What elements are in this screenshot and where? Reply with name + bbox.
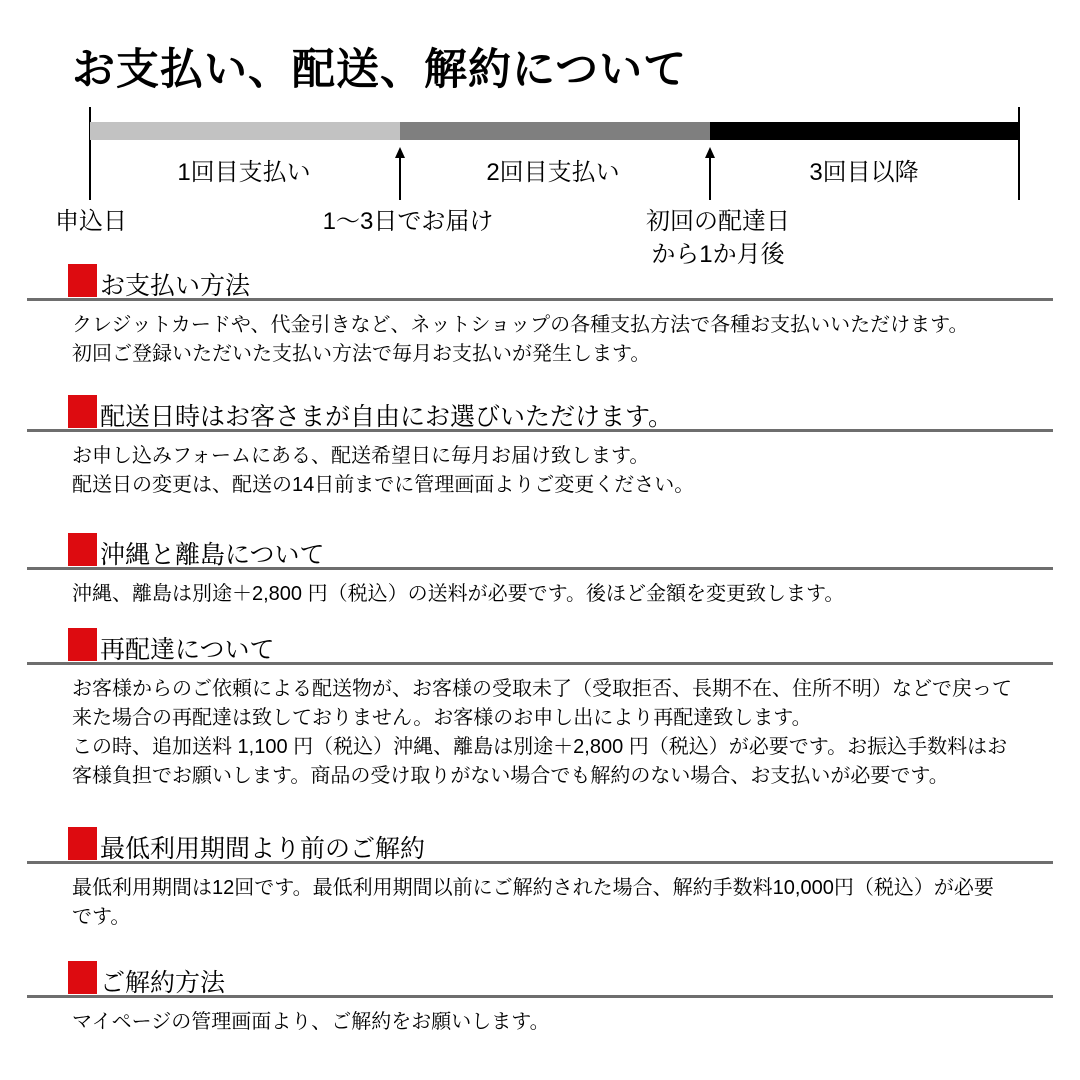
section-how-to-cancel: ご解約方法 マイページの管理画面より、ご解約をお願いします。 <box>0 961 1080 1037</box>
section-delivery-date-choice: 配送日時はお客さまが自由にお選びいただけます。 お申し込みフォームにある、配送希… <box>0 395 1080 500</box>
timeline-segment-3-label: 3回目以降 <box>809 152 918 187</box>
section-header: お支払い方法 <box>0 264 1080 298</box>
milestone-application-date: 申込日 <box>55 205 127 238</box>
up-arrow-icon <box>394 147 406 200</box>
section-body: マイページの管理画面より、ご解約をお願いします。 <box>72 1008 1060 1037</box>
red-square-bullet-icon <box>68 827 97 860</box>
section-header: 再配達について <box>0 628 1080 662</box>
section-title: お支払い方法 <box>100 266 250 302</box>
timeline-segment-1-label: 1回目支払い <box>177 152 310 187</box>
section-okinawa-remote-islands: 沖縄と離島について 沖縄、離島は別途＋2,800 円（税込）の送料が必要です。後… <box>0 533 1080 609</box>
section-header: ご解約方法 <box>0 961 1080 995</box>
section-header: 配送日時はお客さまが自由にお選びいただけます。 <box>0 395 1080 429</box>
arrow-head <box>395 147 405 158</box>
section-redelivery: 再配達について お客様からのご依頼による配送物が、お客様の受取未了（受取拒否、長… <box>0 628 1080 791</box>
milestone-one-month-after-first-delivery: 初回の配達日 から1か月後 <box>646 205 790 271</box>
page-title: お支払い、配送、解約について <box>72 36 687 97</box>
timeline-segment-second-payment <box>400 122 710 140</box>
red-square-bullet-icon <box>68 395 97 428</box>
arrow-shaft <box>709 158 711 200</box>
section-body: お客様からのご依頼による配送物が、お客様の受取未了（受取拒否、長期不在、住所不明… <box>72 675 1060 791</box>
section-title: 配送日時はお客さまが自由にお選びいただけます。 <box>100 397 673 433</box>
timeline-segment-2-label: 2回目支払い <box>486 152 619 187</box>
red-square-bullet-icon <box>68 961 97 994</box>
red-square-bullet-icon <box>68 628 97 661</box>
section-title: ご解約方法 <box>100 963 225 999</box>
up-arrow-icon <box>704 147 716 200</box>
timeline-bar <box>90 122 1020 140</box>
red-square-bullet-icon <box>68 264 97 297</box>
milestone-delivery-1-3-days: 1〜3日でお届け <box>323 205 494 238</box>
section-body: 沖縄、離島は別途＋2,800 円（税込）の送料が必要です。後ほど金額を変更致しま… <box>72 580 1060 609</box>
timeline-segment-first-payment <box>90 122 400 140</box>
section-body: クレジットカードや、代金引きなど、ネットショップの各種支払方法で各種お支払いいた… <box>72 311 1060 369</box>
timeline-start-tick <box>89 107 91 200</box>
arrow-shaft <box>399 158 401 200</box>
section-early-cancellation: 最低利用期間より前のご解約 最低利用期間は12回です。最低利用期間以前にご解約さ… <box>0 827 1080 932</box>
section-title: 最低利用期間より前のご解約 <box>100 829 425 865</box>
arrow-head <box>705 147 715 158</box>
section-title: 再配達について <box>100 630 275 666</box>
section-title: 沖縄と離島について <box>100 535 325 571</box>
timeline-end-tick <box>1018 107 1020 200</box>
red-square-bullet-icon <box>68 533 97 566</box>
page: お支払い、配送、解約について 1回目支払い 2回目支払い 3回目以降 申込日 1… <box>0 0 1080 1080</box>
section-header: 沖縄と離島について <box>0 533 1080 567</box>
section-header: 最低利用期間より前のご解約 <box>0 827 1080 861</box>
section-payment-methods: お支払い方法 クレジットカードや、代金引きなど、ネットショップの各種支払方法で各… <box>0 264 1080 369</box>
section-body: お申し込みフォームにある、配送希望日に毎月お届け致します。 配送日の変更は、配送… <box>72 442 1060 500</box>
timeline-segment-third-onward <box>710 122 1020 140</box>
section-body: 最低利用期間は12回です。最低利用期間以前にご解約された場合、解約手数料10,0… <box>72 874 1060 932</box>
